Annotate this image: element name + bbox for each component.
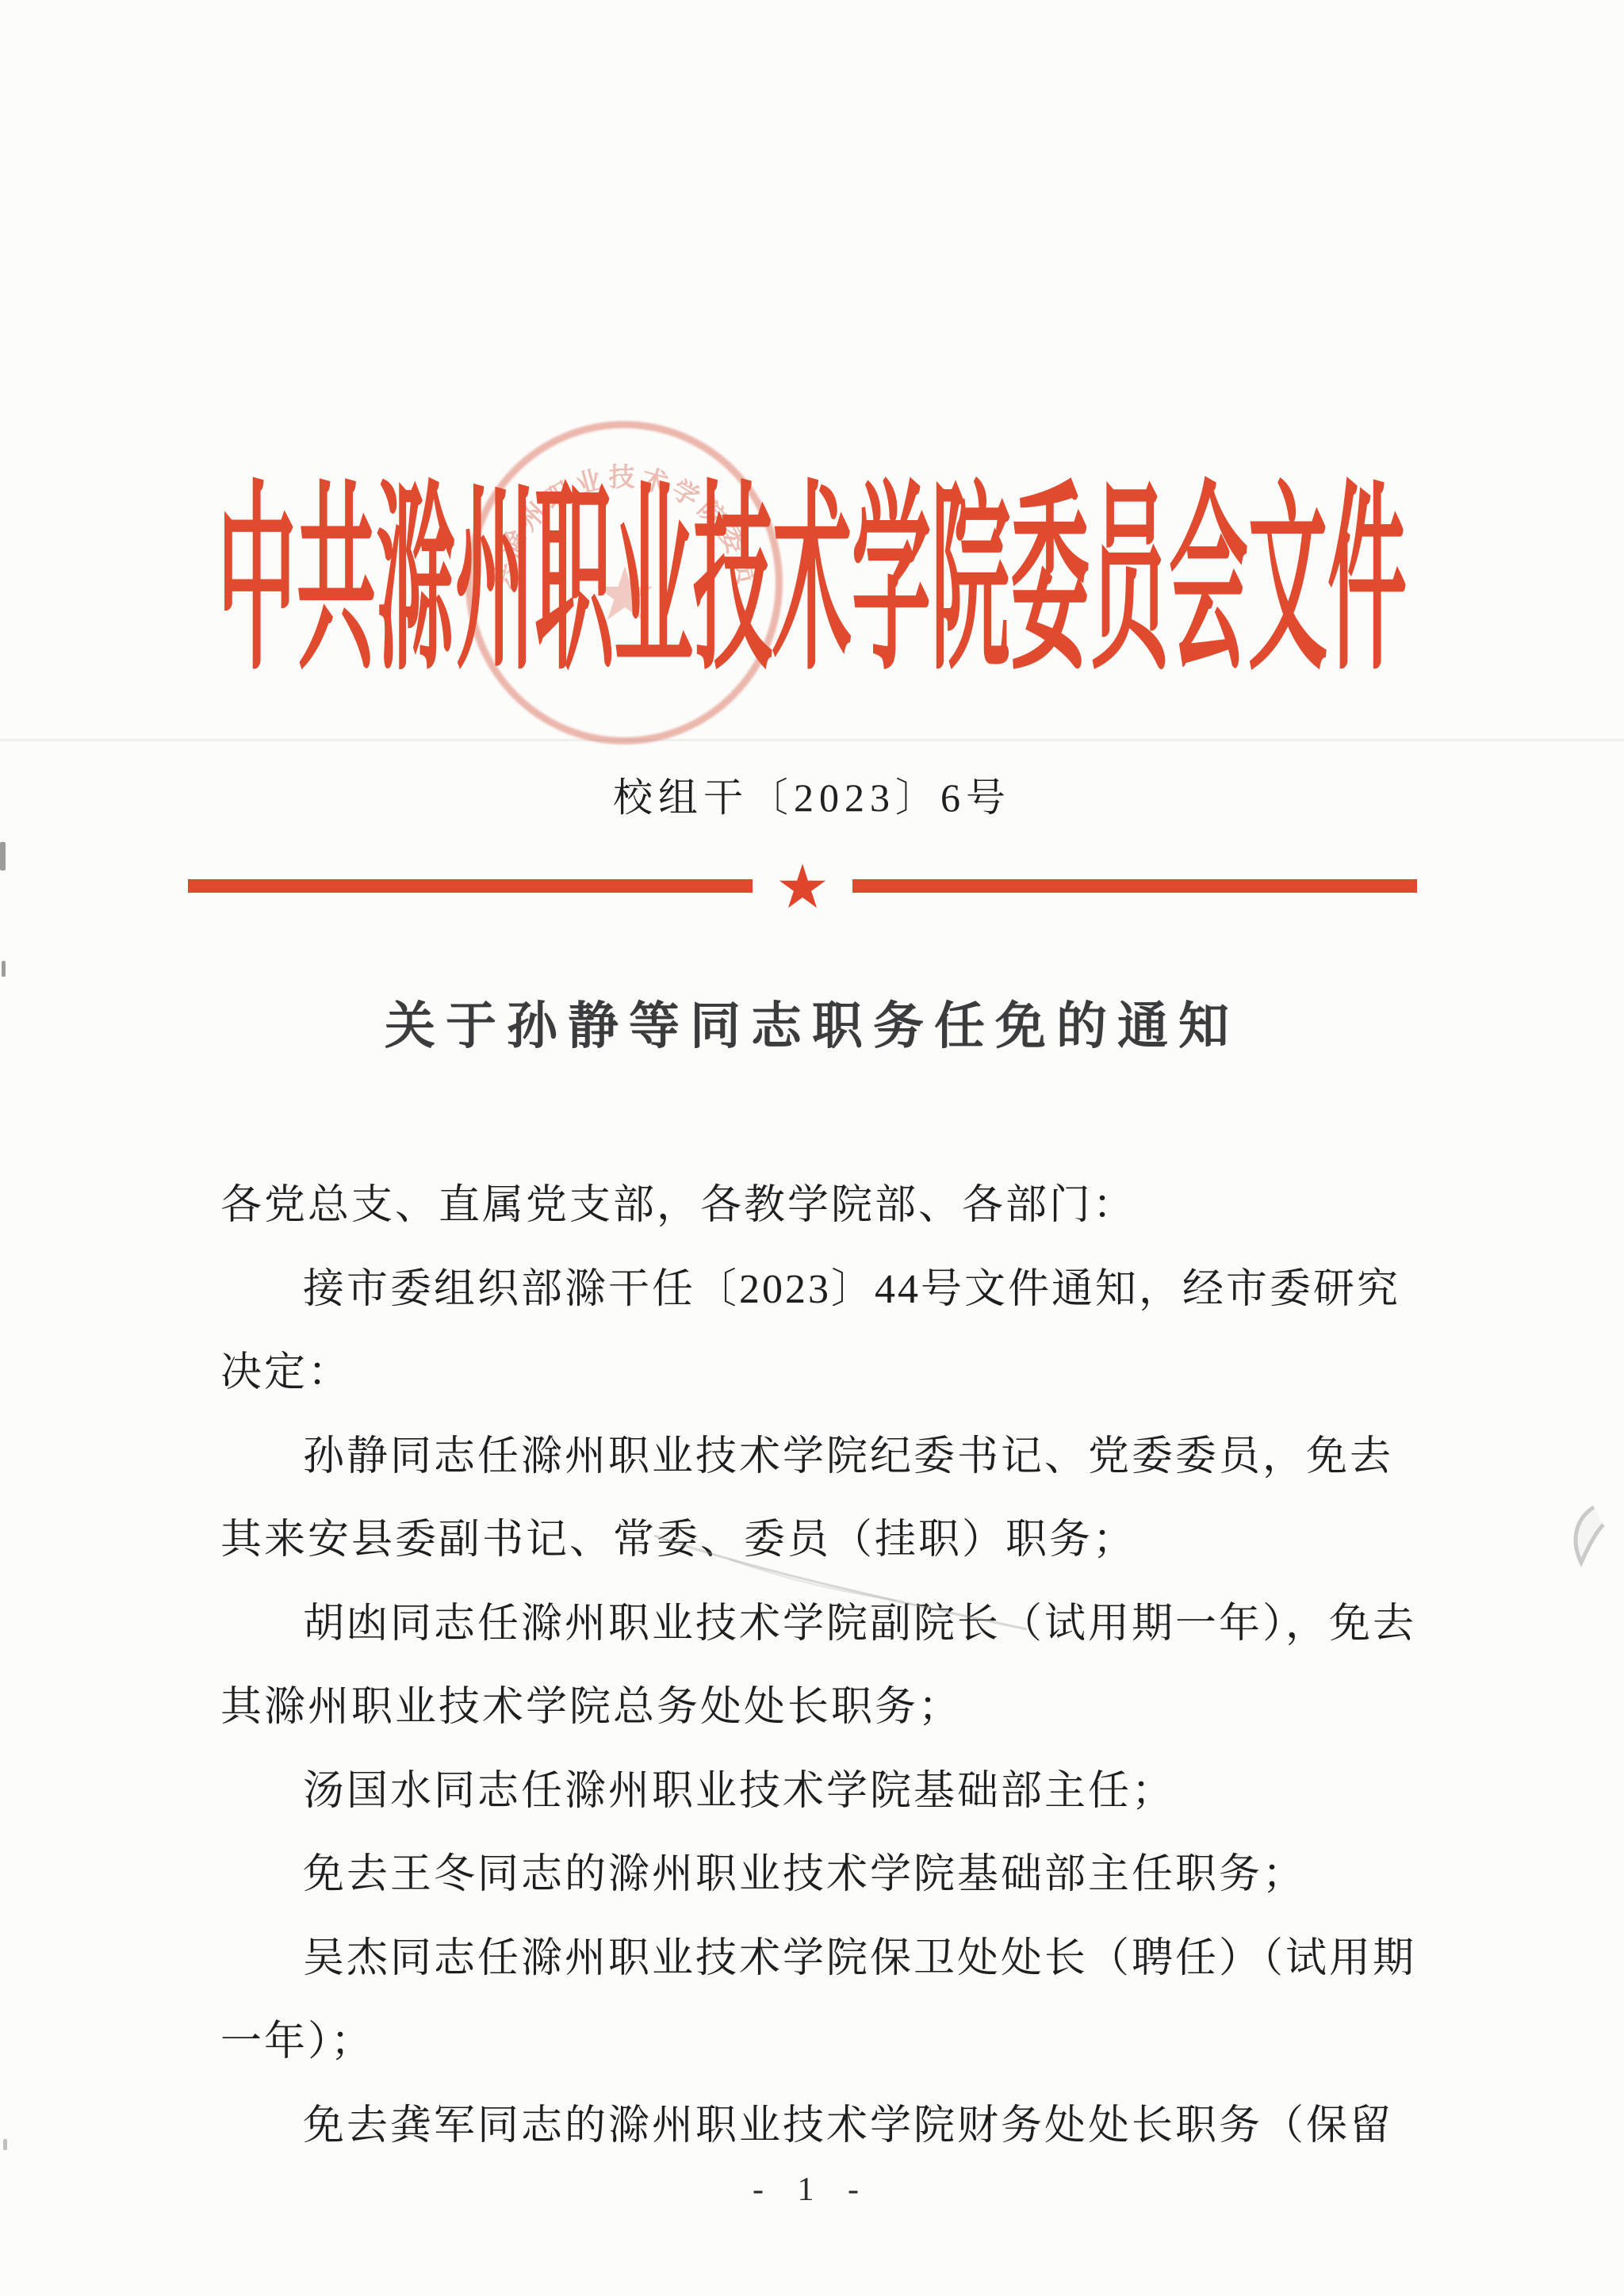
issuer-masthead: 中共滁州职业技术学院委员会文件 xyxy=(0,482,1624,684)
doc-number: 校组干〔2023〕6号 xyxy=(0,766,1624,823)
scan-band-artifact xyxy=(0,739,1624,741)
body-line: 各党总支、直属党支部，各教学院部、各部门： xyxy=(220,1164,1430,1248)
body-line: 决定： xyxy=(220,1331,1430,1415)
scratch-artifact xyxy=(634,1518,1047,1653)
document-title: 关于孙静等同志职务任免的通知 xyxy=(0,985,1624,1058)
document-body: 各党总支、直属党支部，各教学院部、各部门：接市委组织部滁干任〔2023〕44号文… xyxy=(220,1164,1430,2168)
edge-speck-artifact xyxy=(2,961,6,977)
body-line: 孙静同志任滁州职业技术学院纪委书记、党委委员，免去 xyxy=(220,1415,1430,1499)
page-number: - 1 - xyxy=(0,2171,1624,2209)
body-line: 其滁州职业技术学院总务处处长职务； xyxy=(220,1666,1430,1750)
body-line: 汤国水同志任滁州职业技术学院基础部主任； xyxy=(220,1750,1430,1834)
body-line: 吴杰同志任滁州职业技术学院保卫处处长（聘任）（试用期 xyxy=(220,1917,1430,2001)
star-slot xyxy=(753,856,852,918)
edge-speck-artifact xyxy=(0,842,6,871)
edge-speck-artifact xyxy=(3,2139,7,2150)
star-icon xyxy=(777,856,828,918)
red-divider xyxy=(188,856,1417,918)
page-curl-artifact xyxy=(1546,1501,1610,1572)
body-line: 接市委组织部滁干任〔2023〕44号文件通知，经市委研究 xyxy=(220,1248,1430,1332)
red-divider-left xyxy=(188,879,753,893)
body-line: 免去王冬同志的滁州职业技术学院基础部主任职务； xyxy=(220,1833,1430,1917)
red-divider-right xyxy=(852,879,1417,893)
body-line: 免去龚军同志的滁州职业技术学院财务处处长职务（保留 xyxy=(220,2084,1430,2168)
body-line: 一年）； xyxy=(220,2000,1430,2084)
document-page: 中共滁州职业技术学院委员会 中共滁州职业技术学院委员会文件 校组干〔2023〕6… xyxy=(0,0,1624,2296)
